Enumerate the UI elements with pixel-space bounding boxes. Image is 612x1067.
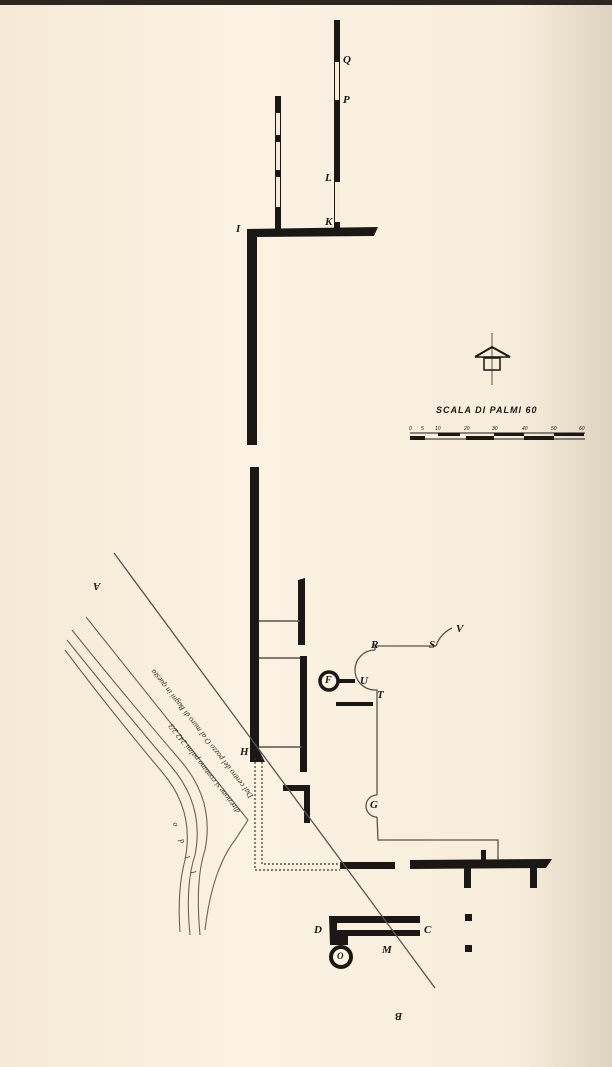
wall-room-east-1 bbox=[298, 578, 305, 645]
pier-2 bbox=[465, 945, 472, 952]
wall-room-east-2 bbox=[300, 656, 307, 772]
scale-tick: 5 bbox=[421, 426, 424, 432]
outline-R-S bbox=[375, 646, 436, 650]
label-G: G bbox=[370, 800, 378, 811]
wall-long-west bbox=[250, 467, 259, 757]
label-H: H bbox=[240, 747, 249, 758]
label-C: C bbox=[424, 925, 431, 936]
label-O: O bbox=[337, 952, 344, 961]
scale-bar bbox=[410, 433, 585, 440]
label-F: F bbox=[325, 676, 332, 686]
scale-tick: 40 bbox=[522, 426, 528, 432]
label-Q: Q bbox=[343, 55, 351, 66]
label-D: D bbox=[314, 925, 322, 936]
label-R: R bbox=[371, 640, 378, 651]
wall-bottom-west bbox=[340, 862, 395, 869]
coastline bbox=[65, 617, 248, 935]
label-K: K bbox=[325, 217, 332, 228]
scale-tick: 60 bbox=[579, 426, 585, 432]
wall-I-K bbox=[247, 227, 378, 445]
label-T: T bbox=[377, 690, 384, 701]
label-V: V bbox=[456, 624, 463, 635]
scale-tick: 20 bbox=[464, 426, 470, 432]
scale-tick: 0 bbox=[409, 426, 412, 432]
label-I: I bbox=[236, 224, 240, 235]
label-U: U bbox=[360, 676, 368, 687]
label-L: L bbox=[325, 173, 332, 184]
label-A: A bbox=[93, 580, 100, 591]
label-M: M bbox=[382, 945, 392, 956]
wall-left-upper bbox=[275, 96, 281, 229]
north-arrow-icon bbox=[475, 333, 510, 385]
scale-title: SCALA DI PALMI 60 bbox=[436, 405, 538, 415]
scale-tick: 30 bbox=[492, 426, 498, 432]
scale-tick: 50 bbox=[551, 426, 557, 432]
scale-tick: 10 bbox=[435, 426, 441, 432]
label-B: B bbox=[395, 1010, 402, 1021]
wall-right-upper-KQ bbox=[334, 20, 340, 230]
line-A-B bbox=[114, 553, 435, 988]
site-plan-drawing bbox=[0, 0, 612, 1067]
channel-D-C bbox=[329, 916, 420, 945]
label-P: P bbox=[343, 95, 350, 106]
label-S: S bbox=[429, 640, 435, 651]
map-page: SCALA DI PALMI 60 0 5 10 20 30 40 50 60 … bbox=[0, 0, 612, 1067]
pier-1 bbox=[465, 914, 472, 921]
